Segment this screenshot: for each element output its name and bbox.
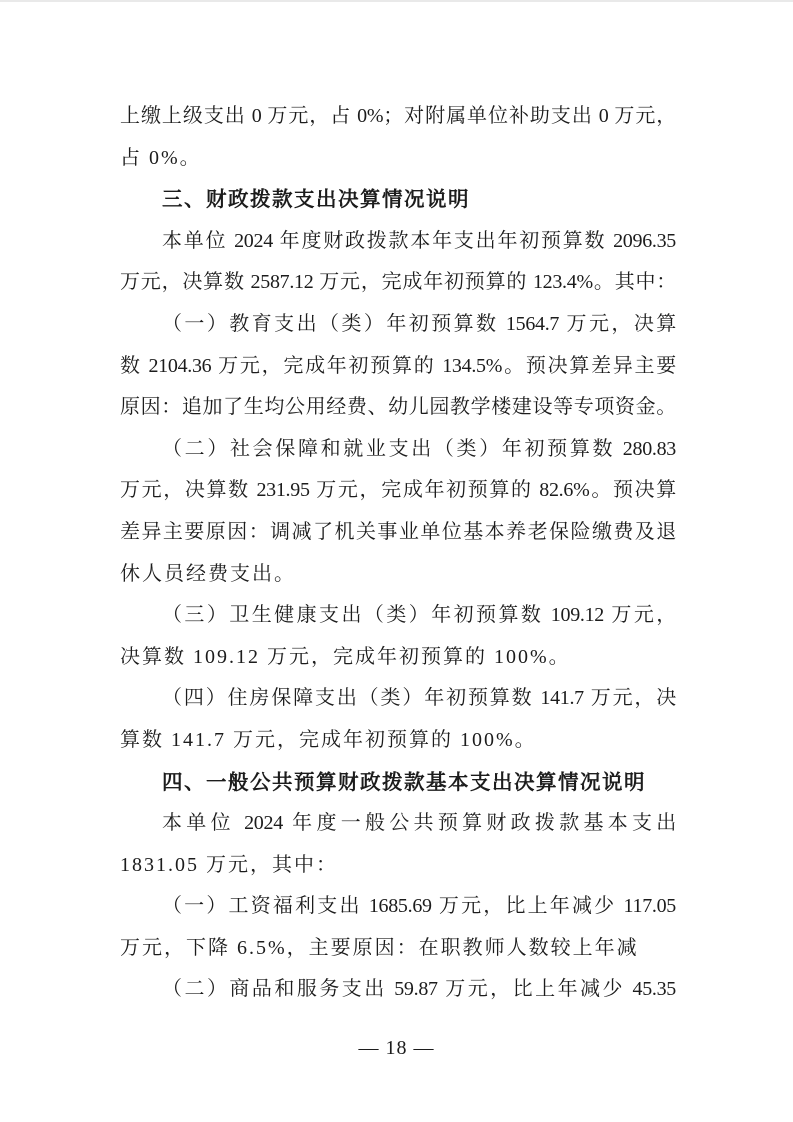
document-text-block: 上缴上级支出 0 万元，占 0%；对附属单位补助支出 0 万元，占 0%。三、财…	[120, 96, 676, 1011]
text-line: 决算数 109.12 万元，完成年初预算的 100%。	[120, 637, 676, 679]
text-line: 本单位 2024 年度财政拨款本年支出年初预算数 2096.35	[120, 221, 676, 263]
text-line: 本单位 2024 年度一般公共预算财政拨款基本支出	[120, 803, 676, 845]
text-line: 万元，决算数 231.95 万元，完成年初预算的 82.6%。预决算	[120, 470, 676, 512]
text-line: （四）住房保障支出（类）年初预算数 141.7 万元，决	[120, 678, 676, 720]
text-line: 差异主要原因：调减了机关事业单位基本养老保险缴费及退	[120, 512, 676, 554]
text-line: （一）工资福利支出 1685.69 万元，比上年减少 117.05	[120, 886, 676, 928]
text-line: 休人员经费支出。	[120, 554, 676, 596]
text-line: （二）社会保障和就业支出（类）年初预算数 280.83	[120, 429, 676, 471]
page-number-footer: — 18 —	[0, 1034, 793, 1062]
text-line: 占 0%。	[120, 138, 676, 180]
text-line: 万元，决算数 2587.12 万元，完成年初预算的 123.4%。其中：	[120, 262, 676, 304]
text-line: 算数 141.7 万元，完成年初预算的 100%。	[120, 720, 676, 762]
text-line: 1831.05 万元，其中：	[120, 845, 676, 887]
text-line: 数 2104.36 万元，完成年初预算的 134.5%。预决算差异主要	[120, 346, 676, 388]
section-heading: 四、一般公共预算财政拨款基本支出决算情况说明	[120, 762, 676, 804]
document-page: 上缴上级支出 0 万元，占 0%；对附属单位补助支出 0 万元，占 0%。三、财…	[0, 0, 793, 1122]
section-heading: 三、财政拨款支出决算情况说明	[120, 179, 676, 221]
text-line: 万元，下降 6.5%，主要原因：在职教师人数较上年减少。	[120, 928, 676, 970]
text-line: 原因：追加了生均公用经费、幼儿园教学楼建设等专项资金。	[120, 387, 676, 429]
text-line: 上缴上级支出 0 万元，占 0%；对附属单位补助支出 0 万元，	[120, 96, 676, 138]
text-line: （三）卫生健康支出（类）年初预算数 109.12 万元，	[120, 595, 676, 637]
page-top-edge	[0, 0, 793, 2]
text-line: （一）教育支出（类）年初预算数 1564.7 万元，决算	[120, 304, 676, 346]
text-line: （二）商品和服务支出 59.87 万元，比上年减少 45.35	[120, 969, 676, 1011]
